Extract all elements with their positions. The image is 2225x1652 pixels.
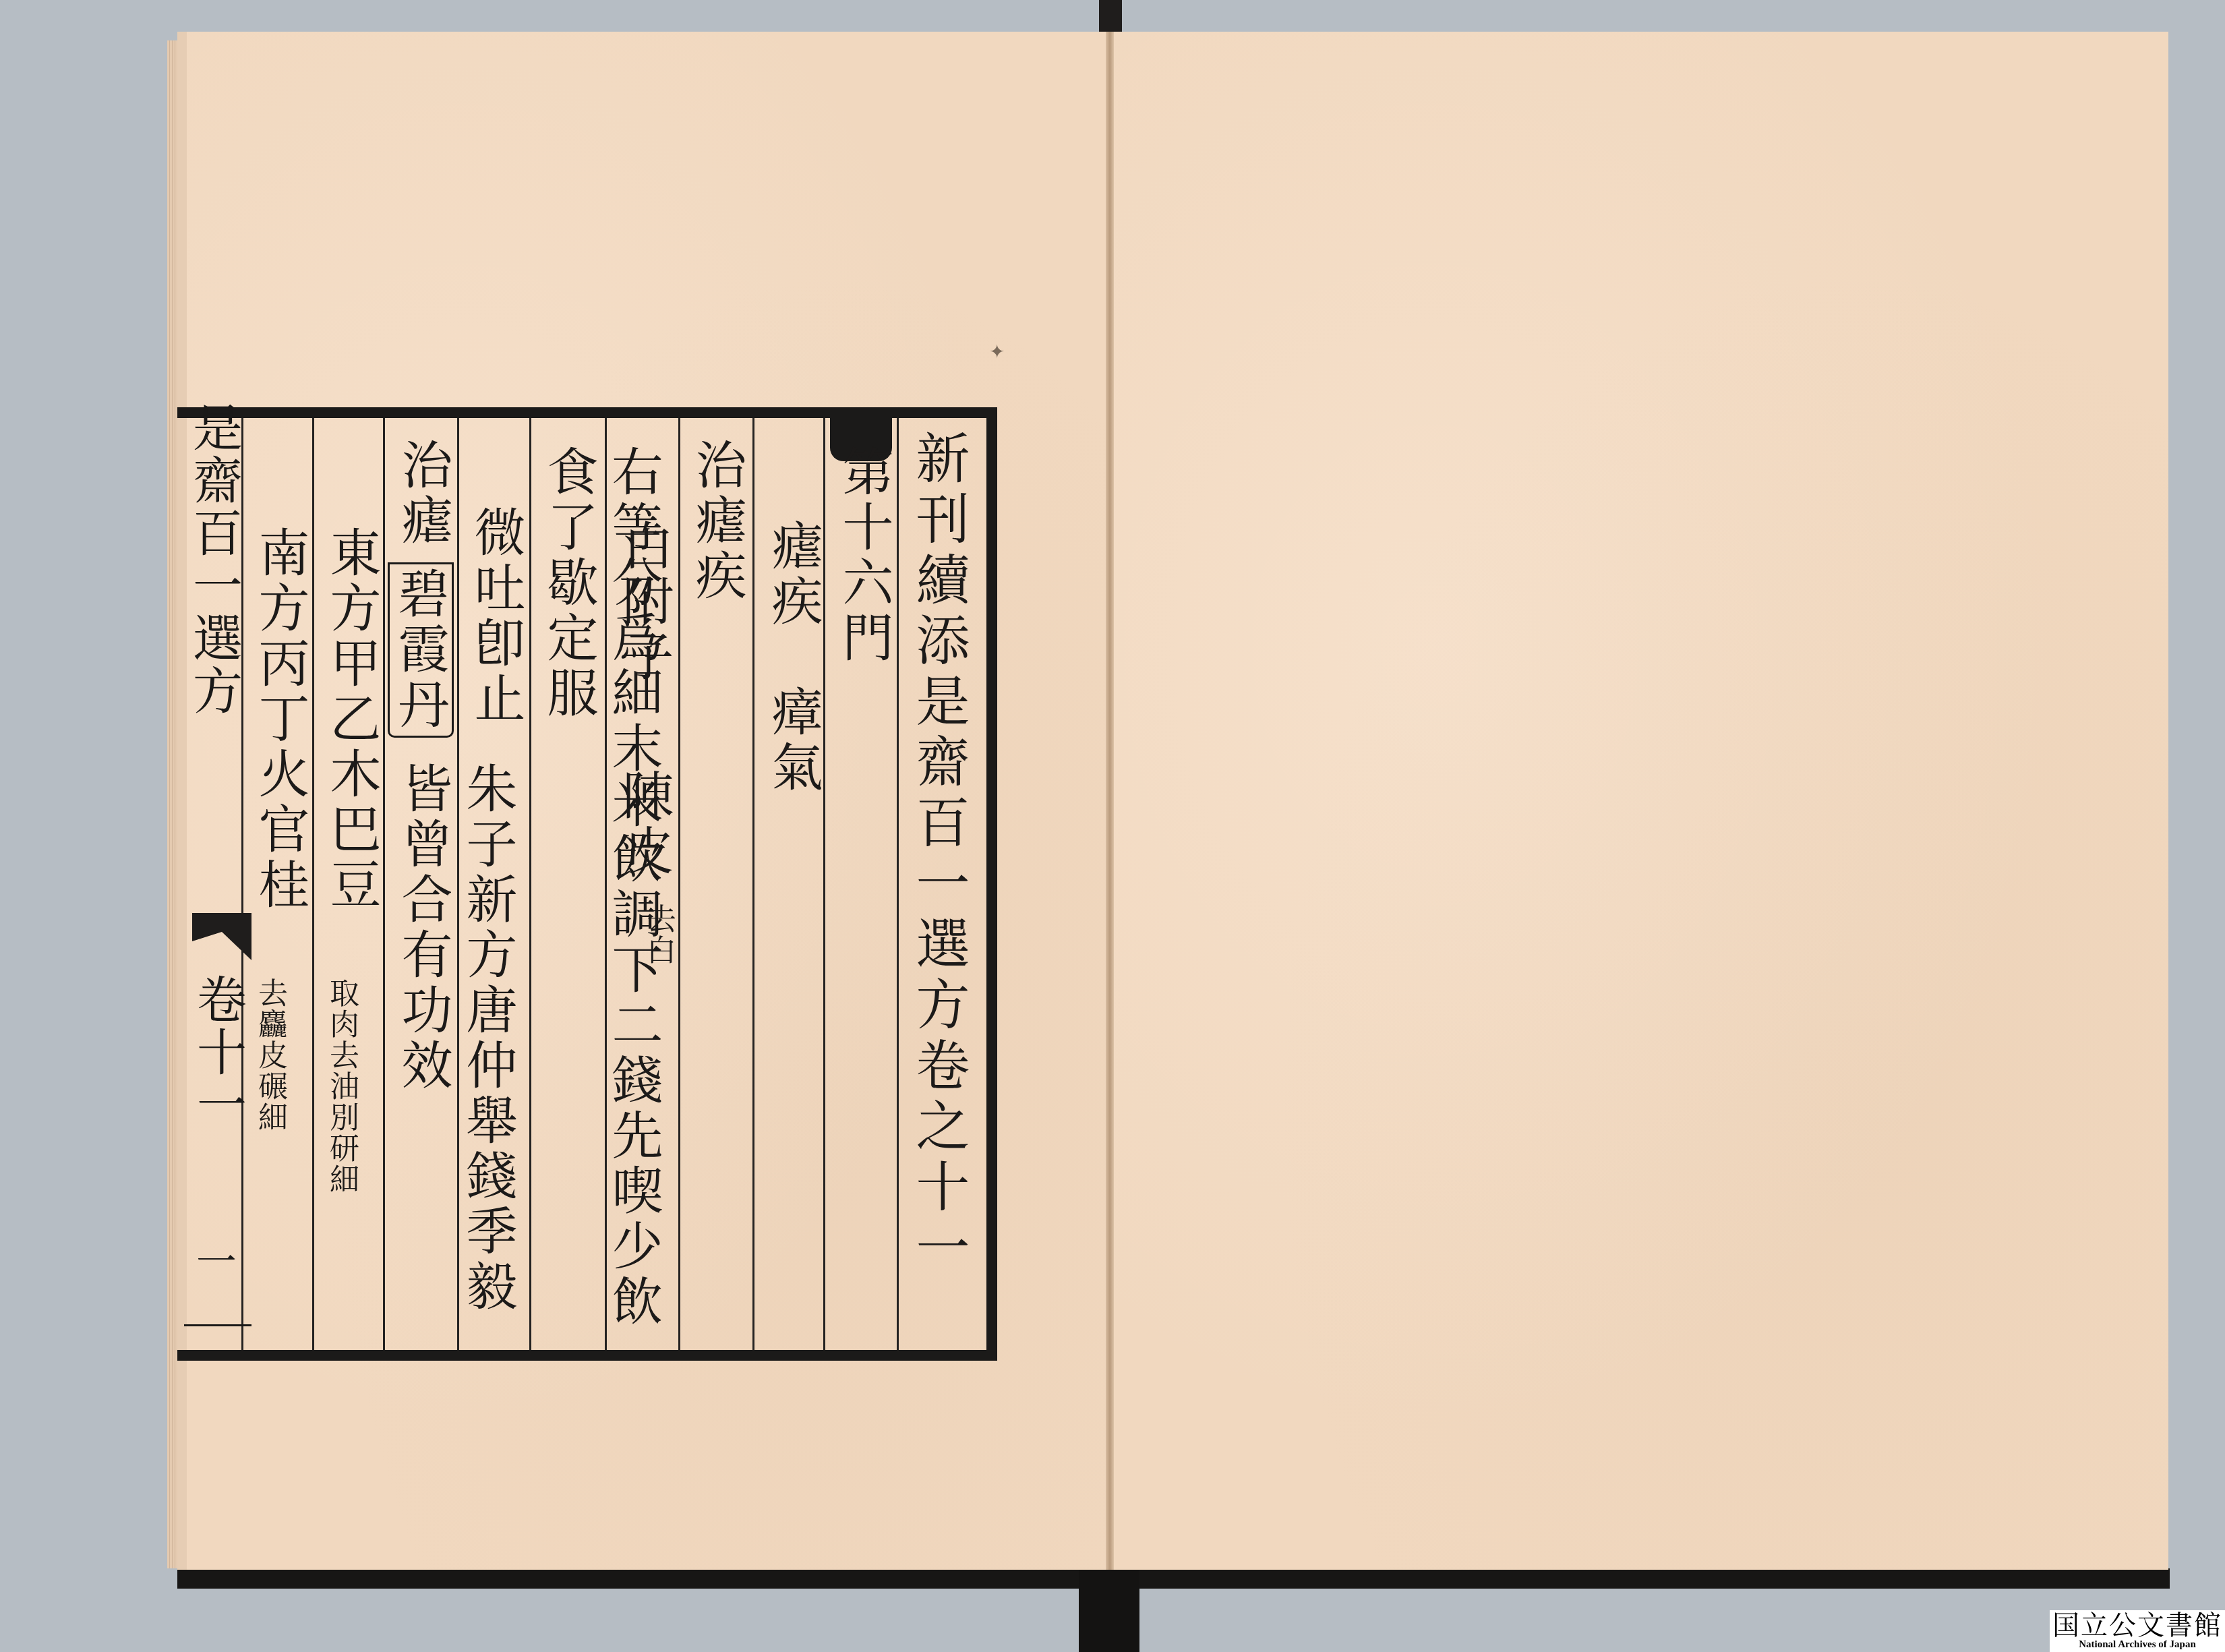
archive-stamp: 国立公文書館 National Archives of Japan — [2050, 1610, 2225, 1652]
ingredient-south: 南方丙丁火官桂 — [247, 526, 312, 913]
fish-tail-mark — [192, 913, 251, 960]
book-title: 新刊續添是齋百一選方卷之十一 — [906, 430, 970, 1280]
recipe-heading-2: 治瘧 — [390, 438, 455, 549]
spine-page-number: 一 — [196, 1230, 237, 1288]
right-page — [1114, 32, 2168, 1570]
recipe-name-boxed: 碧霞丹 — [388, 562, 454, 738]
ingredient-east: 東方甲乙木巴豆 — [319, 526, 384, 913]
section-heading: 第十六門 — [831, 445, 896, 666]
recipe-source: 朱子新方唐仲舉錢季毅皆曾合有功效 — [390, 762, 520, 1350]
stamp-en: National Archives of Japan — [2079, 1639, 2196, 1650]
spine-rule — [184, 1324, 251, 1326]
book-gutter — [1106, 32, 1114, 1570]
spine-volume: 卷十一 — [187, 974, 249, 1131]
binding-bottom — [1079, 1568, 1139, 1652]
instructions-2: 微吐卽止 — [463, 506, 528, 727]
paper-speck: ✦ — [989, 341, 1005, 363]
page-bottom-shadow — [177, 1568, 2170, 1589]
printed-frame: 新刊續添是齋百一選方卷之十一 第十六門 瘧疾 瘴氣 治瘧疾 白附子 陳皮 去白 … — [177, 407, 997, 1361]
recipe-heading: 治瘧疾 — [684, 438, 749, 604]
instructions-1: 右等分爲細末米飲調下二錢先喫少飲食了歇定服 — [536, 445, 665, 1350]
spine-label: 是齋百一選方 卷十一 一 — [177, 407, 251, 1361]
subject-line: 瘧疾 瘴氣 — [761, 519, 825, 796]
page-edges — [167, 40, 178, 1568]
ingredient-east-note: 取肉去油別研細 — [326, 978, 357, 1195]
ingredient-south-note: 去麤皮碾細 — [254, 978, 285, 1133]
spine-title: 是齋百一選方 — [183, 402, 245, 717]
binding-top — [1099, 0, 1122, 34]
stamp-jp: 国立公文書館 — [2052, 1612, 2222, 1639]
left-page: ✦ 新刊續添是齋百一選方卷之十一 第十六門 瘧疾 瘴氣 治瘧疾 白附子 陳皮 去… — [177, 32, 1106, 1570]
